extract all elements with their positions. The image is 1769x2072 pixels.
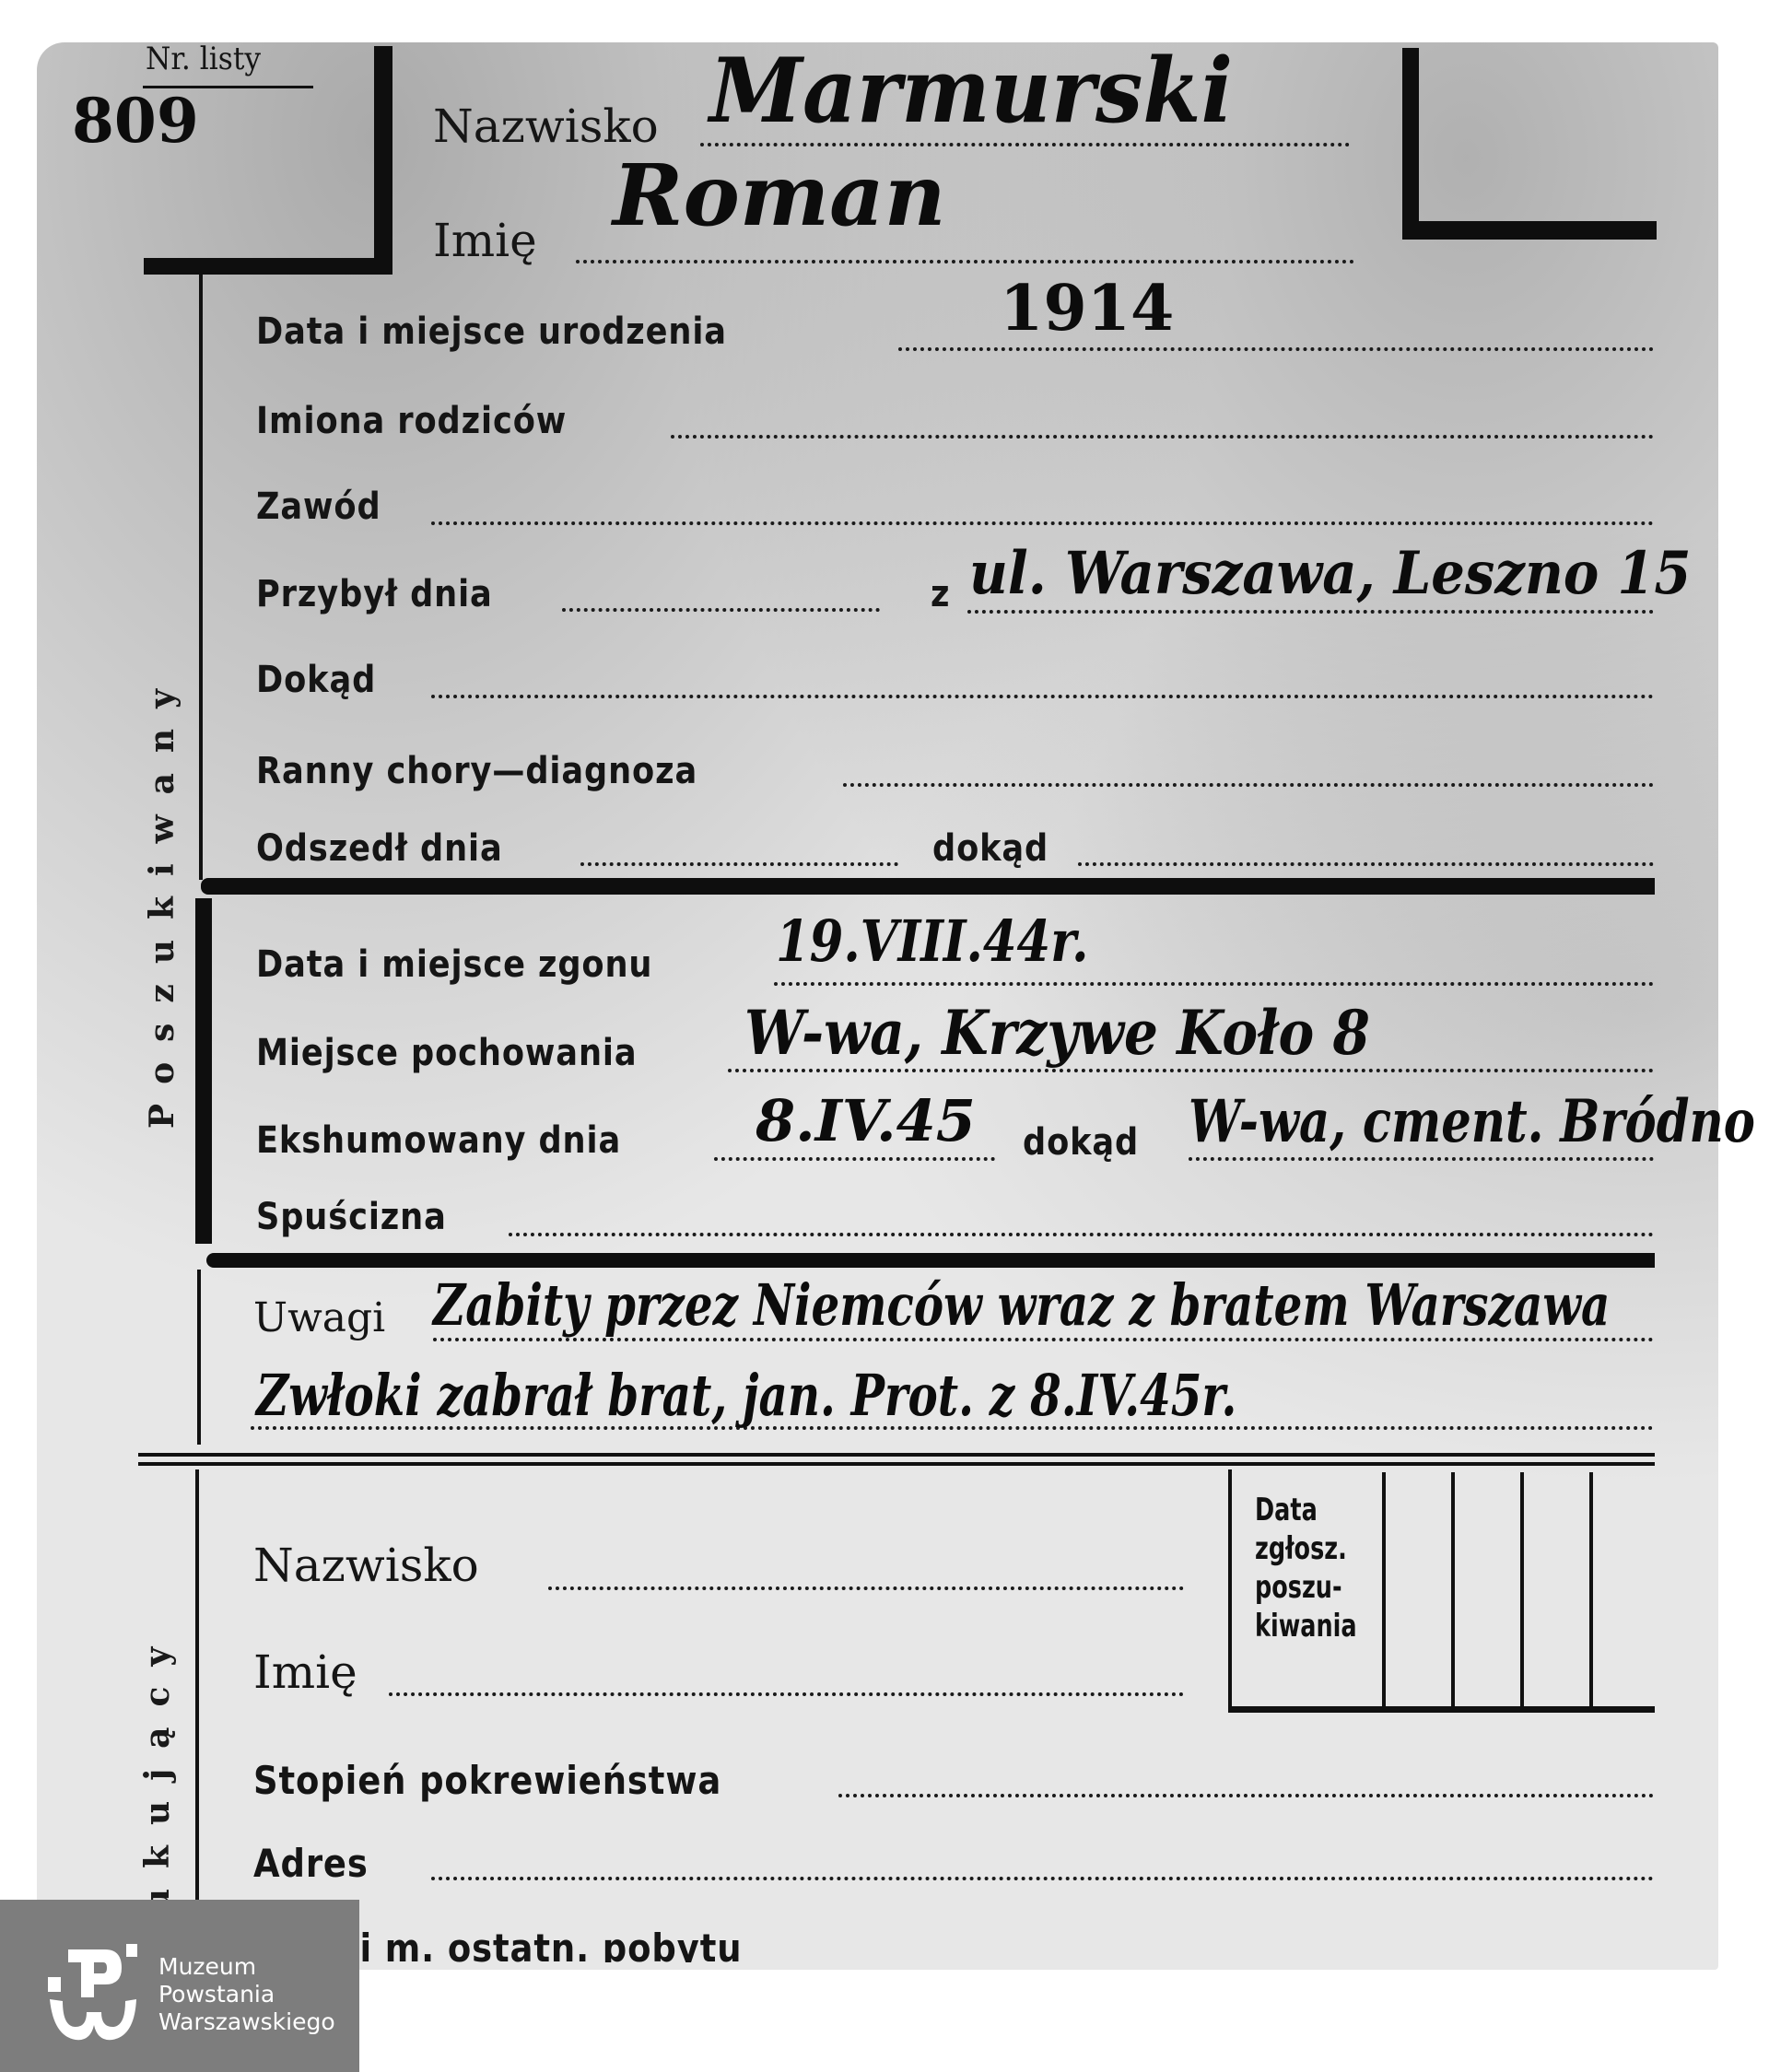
address-label: Adres — [253, 1841, 369, 1886]
arrived-from-field[interactable] — [967, 610, 1654, 614]
first-name-label: Imię — [433, 214, 537, 267]
relation-label: Stopień pokrewieństwa — [253, 1758, 721, 1803]
belongings-label: Spuścizna — [256, 1196, 447, 1238]
arrived-from-label: z — [931, 573, 950, 615]
left-label: Odszedł dnia — [256, 827, 503, 870]
parents-label: Imiona rodziców — [256, 400, 567, 442]
sought-section-rule — [199, 275, 203, 880]
injury-label: Ranny chory—diagnoza — [256, 750, 697, 792]
museum-watermark: Muzeum Powstania Warszawskiego — [0, 1900, 359, 2072]
death-section-left-bar — [195, 898, 212, 1244]
exhumed-to-field[interactable] — [1189, 1157, 1654, 1161]
remarks-top-bar — [206, 1253, 1655, 1268]
kotwica-icon — [48, 1944, 140, 2045]
occupation-field[interactable] — [431, 521, 1654, 525]
top-left-bracket-horizontal — [144, 258, 392, 275]
remarks-left-rule — [197, 1270, 201, 1445]
injury-field[interactable] — [843, 783, 1654, 787]
top-left-bracket-vertical — [374, 46, 392, 263]
report-box-col-3 — [1520, 1472, 1524, 1707]
museum-name-line-3: Warszawskiego — [158, 2008, 335, 2036]
museum-name-line-1: Muzeum — [158, 1953, 335, 1981]
death-date-label: Data i miejsce zgonu — [256, 943, 652, 986]
top-right-bracket-vertical — [1402, 48, 1419, 237]
top-right-bracket-horizontal — [1402, 221, 1657, 240]
arrived-from-value: ul. Warszawa, Leszno 15 — [969, 539, 1691, 608]
birth-field[interactable] — [898, 347, 1654, 351]
museum-name-line-2: Powstania — [158, 1981, 335, 2008]
remarks-line-1: Zabity przez Niemców wraz z bratem Warsz… — [433, 1271, 1610, 1339]
remarks-label: Uwagi — [253, 1294, 385, 1341]
death-date-field[interactable] — [774, 982, 1654, 986]
exhumed-date-value: 8.IV.45 — [756, 1087, 976, 1154]
section-divider-bottom — [138, 1462, 1655, 1466]
sought-section-label: Poszukiwany — [143, 669, 182, 1129]
burial-place-value: W-wa, Krzywe Koło 8 — [744, 997, 1370, 1069]
report-box-col-4 — [1589, 1472, 1593, 1707]
report-box-col-2 — [1451, 1472, 1455, 1707]
list-number-label: Nr. listy — [146, 41, 261, 77]
remarks-line-2: Zwłoki zabrał brat, jan. Prot. z 8.IV.45… — [256, 1362, 1236, 1429]
section-divider-top — [138, 1453, 1655, 1457]
first-name-field[interactable] — [576, 260, 1354, 263]
exhumed-label: Ekshumowany dnia — [256, 1119, 621, 1162]
destination-label: Dokąd — [256, 659, 376, 701]
seeker-section-rule — [195, 1469, 199, 1935]
report-box-label: Data zgłosz. poszu- kiwania — [1255, 1491, 1357, 1645]
burial-place-field[interactable] — [728, 1069, 1654, 1072]
parents-field[interactable] — [671, 435, 1654, 439]
exhumed-to-value: W-wa, cment. Bródno — [1189, 1087, 1755, 1156]
birth-value: 1914 — [1000, 272, 1174, 345]
report-box-col-1 — [1382, 1472, 1386, 1707]
birth-label: Data i miejsce urodzenia — [256, 310, 727, 353]
address-field[interactable] — [431, 1877, 1654, 1880]
seeker-surname-field[interactable] — [548, 1586, 1184, 1590]
museum-name: Muzeum Powstania Warszawskiego — [158, 1953, 335, 2036]
seeker-first-name-label: Imię — [253, 1645, 357, 1699]
relation-field[interactable] — [838, 1794, 1654, 1797]
list-number-value: 809 — [72, 85, 199, 157]
left-to-label: dokąd — [932, 827, 1049, 870]
exhumed-date-field[interactable] — [714, 1157, 995, 1161]
left-to-field[interactable] — [1078, 862, 1654, 866]
surname-value: Marmurski — [709, 39, 1233, 143]
destination-field[interactable] — [431, 695, 1654, 698]
burial-place-label: Miejsce pochowania — [256, 1032, 637, 1074]
exhumed-to-label: dokąd — [1023, 1121, 1139, 1164]
seeker-first-name-field[interactable] — [389, 1692, 1184, 1696]
arrived-date-field[interactable] — [562, 608, 880, 612]
first-name-value: Roman — [613, 146, 946, 245]
arrived-label: Przybył dnia — [256, 573, 493, 615]
belongings-field[interactable] — [509, 1233, 1654, 1236]
death-date-value: 19.VIII.44r. — [776, 907, 1088, 975]
occupation-label: Zawód — [256, 486, 381, 528]
death-section-top-bar — [201, 878, 1655, 895]
left-date-field[interactable] — [580, 862, 898, 866]
seeker-surname-label: Nazwisko — [253, 1539, 479, 1592]
report-box-bottom — [1228, 1706, 1655, 1713]
report-box-left — [1228, 1469, 1232, 1711]
